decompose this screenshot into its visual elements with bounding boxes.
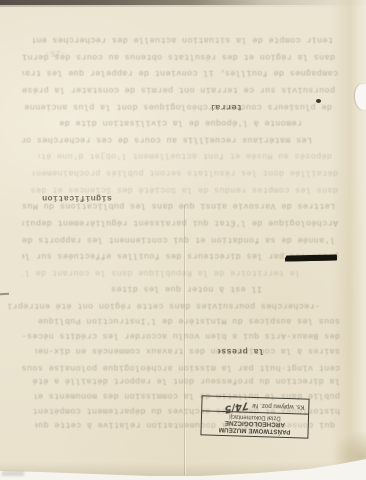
- typewritten-line: dans la région et des résultats obtenus …: [22, 52, 335, 62]
- typewritten-line: poursuivis sur ce terrain ont permis de …: [22, 85, 335, 95]
- typewritten-line: sous les auspices du Ministère de l'Inst…: [35, 316, 340, 326]
- typewritten-line: campagnes de fouilles, il convient de ra…: [22, 68, 338, 78]
- typewritten-line: remonte à l'époque de la civilisation di…: [55, 118, 302, 128]
- scanned-page: -25-tenir compte de la situation actuell…: [0, 0, 366, 480]
- typewritten-line: Archéologique de l'État qui paraissent r…: [22, 218, 338, 228]
- ink-speck: [316, 99, 321, 103]
- paper: -25-tenir compte de la situation actuell…: [0, 0, 366, 480]
- ink-strikethrough-mark: [286, 254, 337, 261]
- typewritten-line: -recherches poursuivies dans cette régio…: [8, 301, 320, 311]
- typewritten-dark-word: terrain: [212, 102, 242, 112]
- typewritten-line: le territoire de la République dans le c…: [22, 268, 300, 278]
- typewritten-line: l'année de sa fondation et qui contienne…: [22, 235, 335, 245]
- bottom-smudge: [2, 471, 24, 476]
- typewritten-line: tenir compte de la situation actuelle de…: [33, 35, 333, 45]
- stamp-entry-number: 74/5: [224, 399, 250, 414]
- typewritten-line: cent vingt-huit par la mission archéolog…: [20, 363, 340, 373]
- typewritten-line: la direction du professeur dont le rappo…: [30, 376, 340, 386]
- typewritten-line: des Beaux-Arts qui a bien voulu accorder…: [20, 331, 340, 341]
- stamp-institution: PAŃSTWOWE MUZEUM ARCHEOLOGICZNE: [201, 418, 307, 437]
- typewritten-line: détaillée dont les résultats seront publ…: [33, 168, 338, 178]
- page-fold-shadow: [326, 408, 366, 468]
- scan-edge-soft: [0, 5, 366, 7]
- typewritten-line: saires à la continuation des travaux com…: [35, 346, 340, 356]
- typewritten-line: déposés au Musée et font actuellement l'…: [38, 151, 332, 161]
- typewritten-line: de plusieurs couches archéologiques dont…: [25, 102, 332, 112]
- typewritten-dark-word: signification: [30, 193, 112, 203]
- typewritten-line: Les matériaux recueillis au cours de ces…: [22, 135, 312, 145]
- bottom-edge-shade: [0, 462, 366, 478]
- pencil-tick: [0, 293, 9, 295]
- typewritten-dark-word: la presse: [218, 346, 264, 356]
- stamp-entry-label: Ks. wpływu poz. Nr: [252, 401, 305, 411]
- accession-stamp: PAŃSTWOWE MUZEUM ARCHEOLOGICZNE Dział Do…: [200, 395, 309, 438]
- typewritten-line: Il est à noter que les dites: [98, 284, 262, 294]
